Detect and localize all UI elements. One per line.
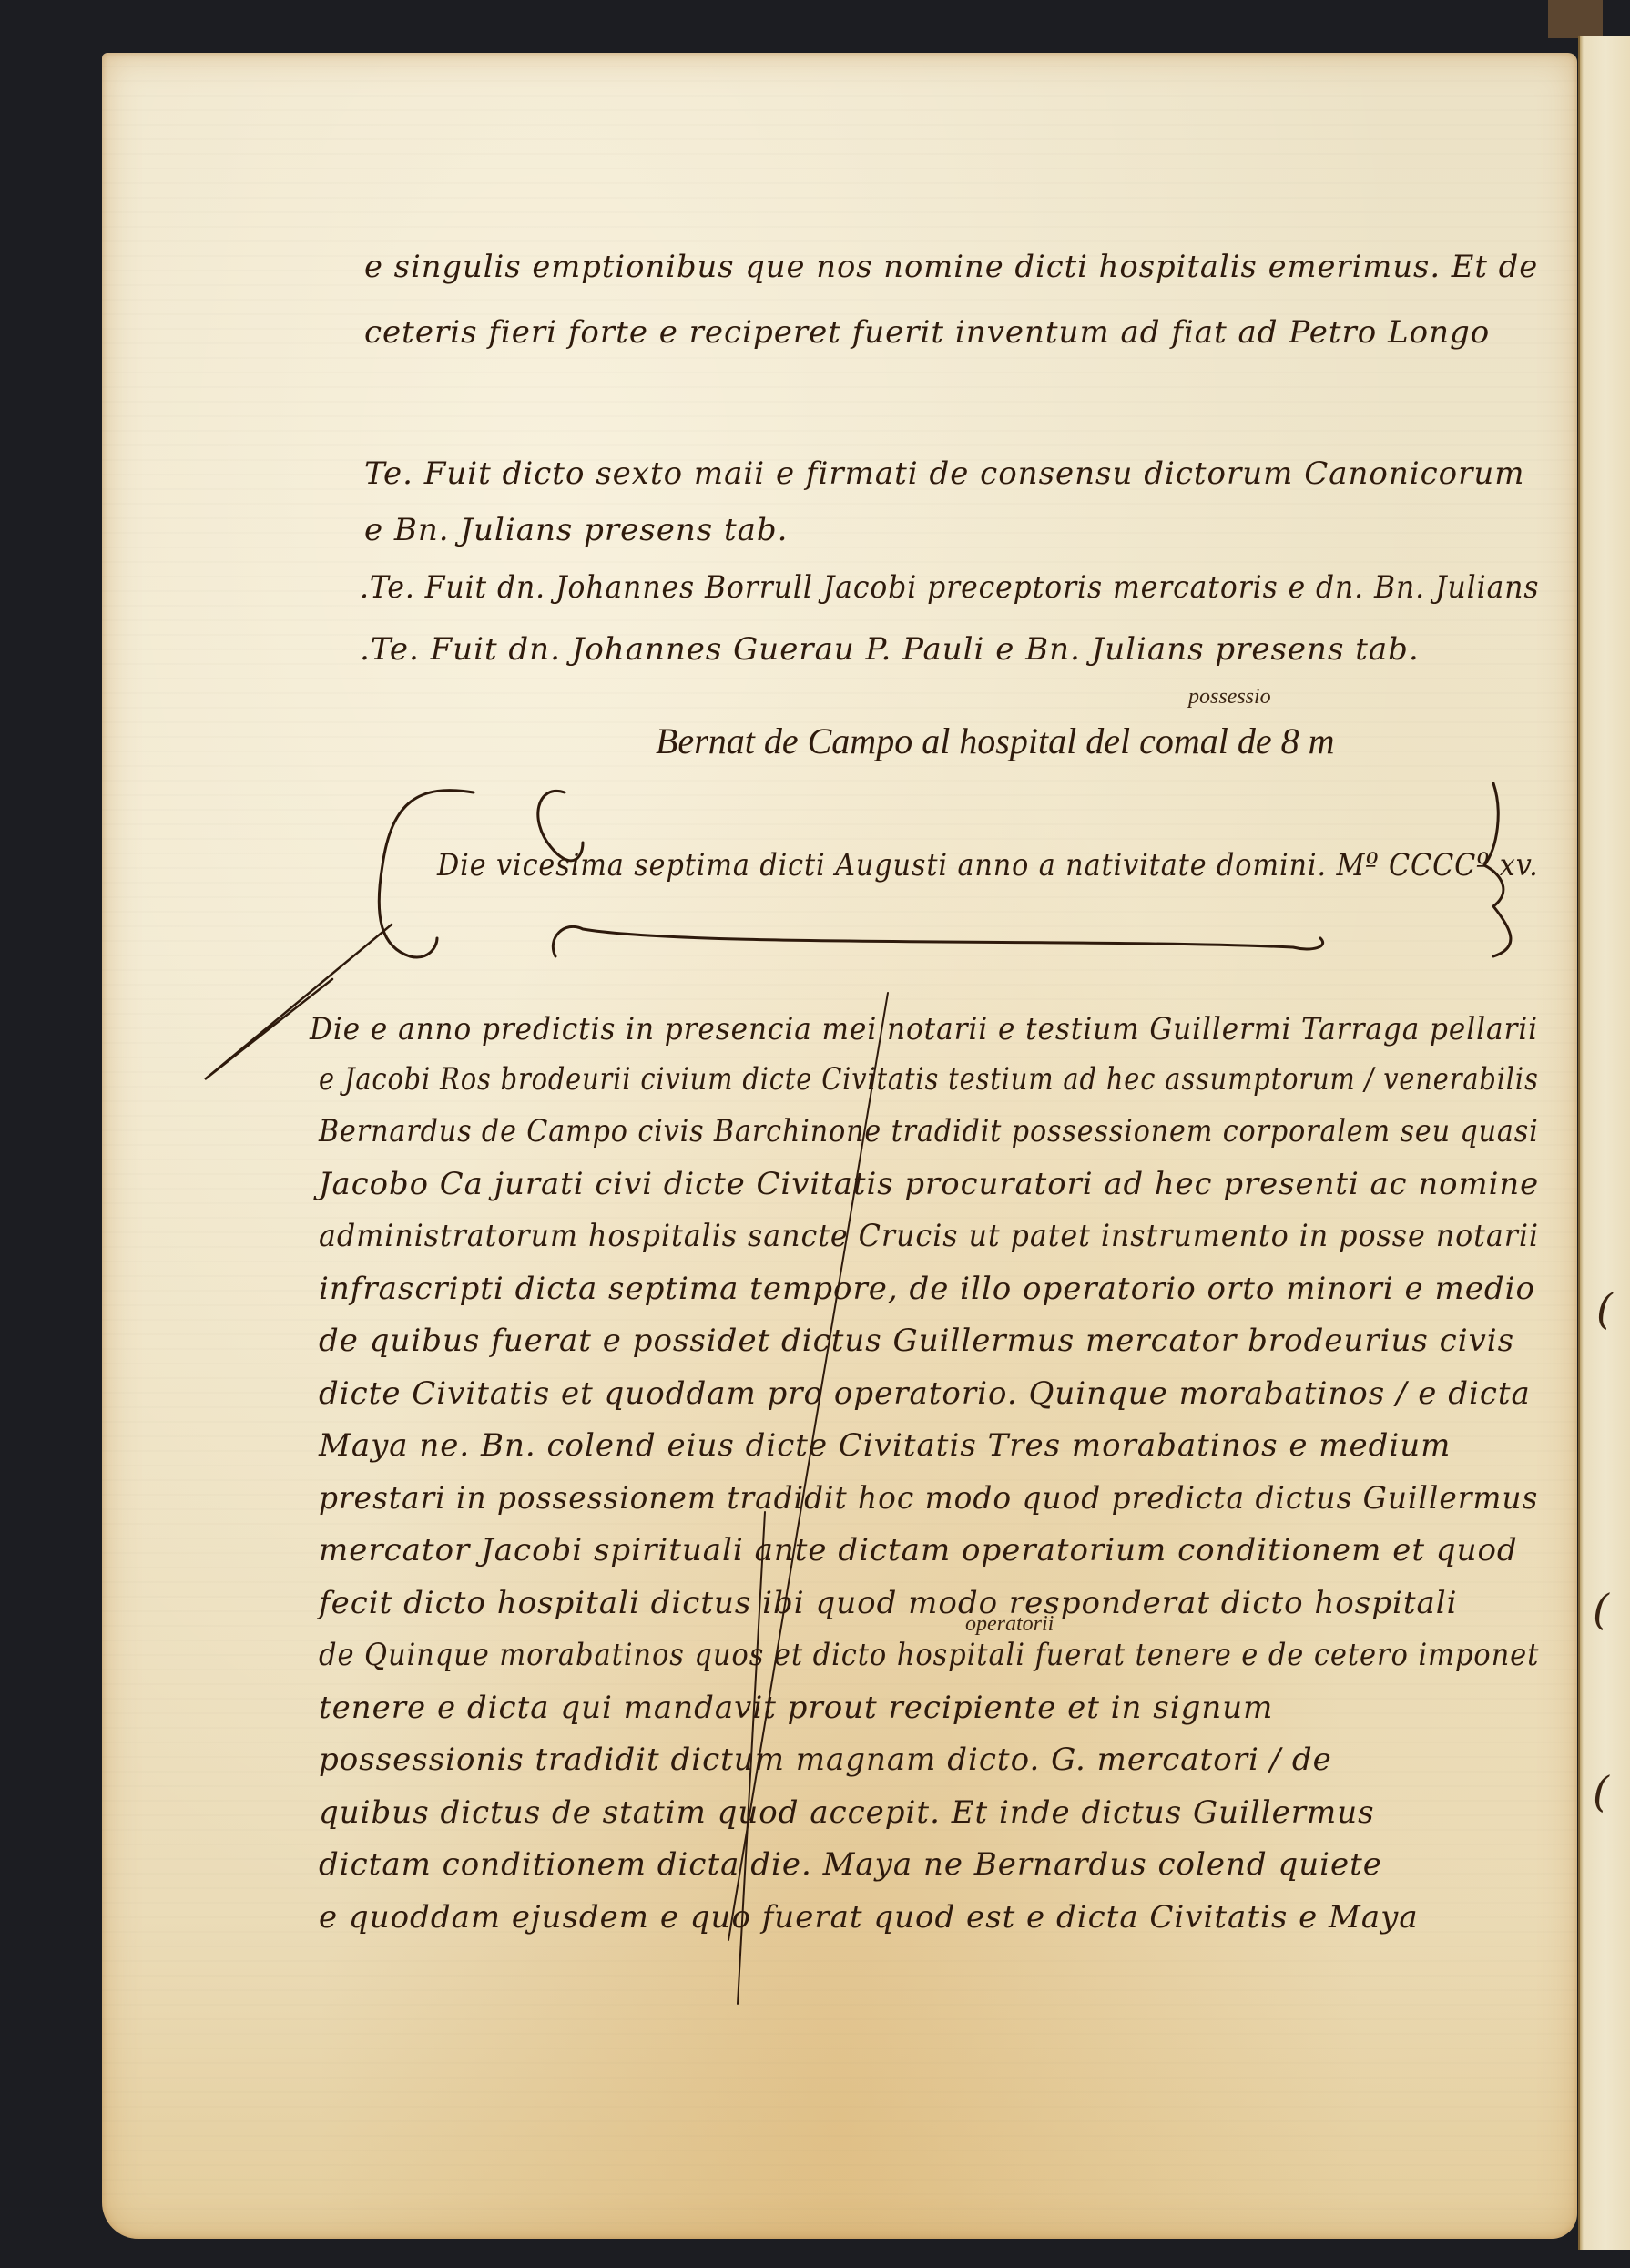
facing-page-mark: ( [1596, 1284, 1613, 1333]
body-line: e quoddam ejusdem e quo fuerat quod est … [319, 1899, 1419, 1936]
body-line: dicte Civitatis et quoddam pro operatori… [319, 1375, 1531, 1412]
witness-entry-line: .Te. Fuit dn. Johannes Borrull Jacobi pr… [360, 569, 1539, 606]
body-line: Die e anno predictis in presencia mei no… [310, 1011, 1538, 1047]
body-line: e Jacobi Ros brodeurii civium dicte Civi… [319, 1061, 1539, 1098]
body-line: quibus dictus de statim quod accepit. Et… [319, 1794, 1375, 1831]
witness-entry-line: e Bn. Julians presens tab. [364, 512, 789, 548]
rubric-date-line: Die vicesima septima dicti Augusti anno … [437, 847, 1539, 884]
facing-page-mark: ( [1593, 1767, 1609, 1816]
witness-entry-line: .Te. Fuit dn. Johannes Guerau P. Pauli e… [360, 631, 1420, 668]
interlinear-insertion: operatorii [965, 1612, 1054, 1637]
body-line: Bernardus de Campo civis Barchinone trad… [319, 1113, 1539, 1149]
body-line: Jacobo Ca jurati civi dicte Civitatis pr… [319, 1166, 1539, 1202]
body-line: mercator Jacobi spirituali ante dictam o… [319, 1532, 1518, 1568]
facing-page-mark: ( [1593, 1585, 1609, 1634]
top-block-line: e singulis emptionibus que nos nomine di… [364, 249, 1538, 285]
body-line: prestari in possessionem tradidit hoc mo… [319, 1480, 1538, 1517]
rubric-note-above: possessio [1188, 685, 1271, 710]
body-line: dictam conditionem dicta die. Maya ne Be… [319, 1846, 1382, 1883]
body-line: possessionis tradidit dictum magnam dict… [319, 1742, 1332, 1778]
body-line: de Quinque morabatinos quos et dicto hos… [319, 1637, 1539, 1673]
witness-entry-line: Te. Fuit dicto sexto maii e firmati de c… [364, 455, 1525, 492]
body-line: de quibus fuerat e possidet dictus Guill… [319, 1323, 1514, 1359]
body-line: infrascripti dicta septima tempore, de i… [319, 1271, 1535, 1307]
facing-page-edge: ( ( ( [1578, 36, 1630, 2250]
book-spine-top [1548, 0, 1603, 38]
top-block-line: ceteris fieri forte e reciperet fuerit i… [364, 314, 1490, 351]
body-line: Maya ne. Bn. colend eius dicte Civitatis… [319, 1427, 1451, 1464]
body-line: tenere e dicta qui mandavit prout recipi… [319, 1690, 1273, 1726]
body-line: fecit dicto hospitali dictus ibi quod mo… [319, 1585, 1458, 1621]
rubric-title: Bernat de Campo al hospital del comal de… [656, 720, 1334, 762]
body-line: administratorum hospitalis sancte Crucis… [319, 1218, 1539, 1254]
